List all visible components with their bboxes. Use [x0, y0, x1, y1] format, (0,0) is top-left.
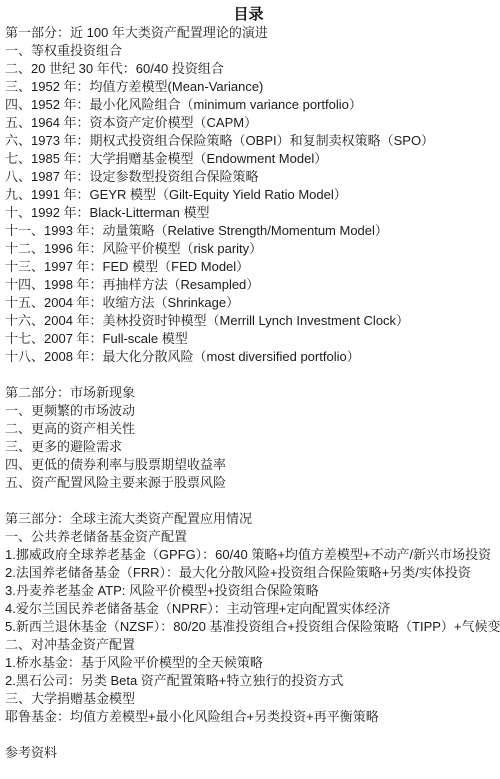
toc-item: 五、1964 年：资本资产定价模型（CAPM） [5, 114, 492, 132]
toc-item: 十六、2004 年：美林投资时钟模型（Merrill Lynch Investm… [5, 312, 492, 330]
toc-item: 四、1952 年：最小化风险组合（minimum variance portfo… [5, 96, 492, 114]
toc-item: 1.挪威政府全球养老基金（GPFG）：60/40 策略+均值方差模型+不动产/新… [5, 546, 492, 564]
section-heading: 第一部分：近 100 年大类资产配置理论的演进 [5, 24, 492, 42]
footer-reference: 参考资料 [5, 744, 492, 762]
toc-item: 1.桥水基金：基于风险平价模型的全天候策略 [5, 654, 492, 672]
toc-item: 三、更多的避险需求 [5, 438, 492, 456]
toc-item: 五、资产配置风险主要来源于股票风险 [5, 474, 492, 492]
toc-item: 十七、2007 年：Full-scale 模型 [5, 330, 492, 348]
toc-item: 四、更低的债券利率与股票期望收益率 [5, 456, 492, 474]
toc-item: 二、更高的资产相关性 [5, 420, 492, 438]
toc-item: 九、1991 年：GEYR 模型（Gilt-Equity Yield Ratio… [5, 186, 492, 204]
toc-item: 十三、1997 年：FED 模型（FED Model） [5, 258, 492, 276]
toc-item: 2.法国养老储备基金（FRR）：最大化分散风险+投资组合保险策略+另类/实体投资 [5, 564, 492, 582]
toc-item: 4.爱尔兰国民养老储备基金（NPRF）：主动管理+定向配置实体经济 [5, 600, 492, 618]
toc-item: 二、对冲基金资产配置 [5, 636, 492, 654]
toc-item: 一、等权重投资组合 [5, 42, 492, 60]
section-part1: 第一部分：近 100 年大类资产配置理论的演进 一、等权重投资组合 二、20 世… [5, 24, 492, 366]
toc-item: 十四、1998 年：再抽样方法（Resampled） [5, 276, 492, 294]
document-page: 目录 第一部分：近 100 年大类资产配置理论的演进 一、等权重投资组合 二、2… [0, 0, 500, 779]
toc-item: 八、1987 年：设定参数型投资组合保险策略 [5, 168, 492, 186]
toc-item: 5.新西兰退休基金（NZSF）：80/20 基准投资组合+投资组合保险策略（TI… [5, 618, 492, 636]
section-heading: 第二部分：市场新现象 [5, 384, 492, 402]
section-heading: 第三部分：全球主流大类资产配置应用情况 [5, 510, 492, 528]
toc-item: 十八、2008 年：最大化分散风险（most diversified portf… [5, 348, 492, 366]
toc-item: 2.黑石公司：另类 Beta 资产配置策略+特立独行的投资方式 [5, 672, 492, 690]
toc-item: 耶鲁基金：均值方差模型+最小化风险组合+另类投资+再平衡策略 [5, 708, 492, 726]
section-part2: 第二部分：市场新现象 一、更频繁的市场波动 二、更高的资产相关性 三、更多的避险… [5, 384, 492, 492]
section-part3: 第三部分：全球主流大类资产配置应用情况 一、公共养老储备基金资产配置 1.挪威政… [5, 510, 492, 726]
toc-item: 二、20 世纪 30 年代：60/40 投资组合 [5, 60, 492, 78]
toc-item: 十五、2004 年：收缩方法（Shrinkage） [5, 294, 492, 312]
toc-item: 一、公共养老储备基金资产配置 [5, 528, 492, 546]
toc-item: 三、大学捐赠基金模型 [5, 690, 492, 708]
toc-item: 三、1952 年：均值方差模型(Mean-Variance) [5, 78, 492, 96]
toc-item: 十二、1996 年：风险平价模型（risk parity） [5, 240, 492, 258]
toc-item: 六、1973 年：期权式投资组合保险策略（OBPI）和复制卖权策略（SPO） [5, 132, 492, 150]
toc-item: 七、1985 年：大学捐赠基金模型（Endowment Model） [5, 150, 492, 168]
toc-item: 十、1992 年：Black-Litterman 模型 [5, 204, 492, 222]
toc-item: 十一、1993 年：动量策略（Relative Strength/Momentu… [5, 222, 492, 240]
toc-title: 目录 [5, 6, 492, 24]
toc-item: 3.丹麦养老基金 ATP: 风险平价模型+投资组合保险策略 [5, 582, 492, 600]
toc-item: 一、更频繁的市场波动 [5, 402, 492, 420]
